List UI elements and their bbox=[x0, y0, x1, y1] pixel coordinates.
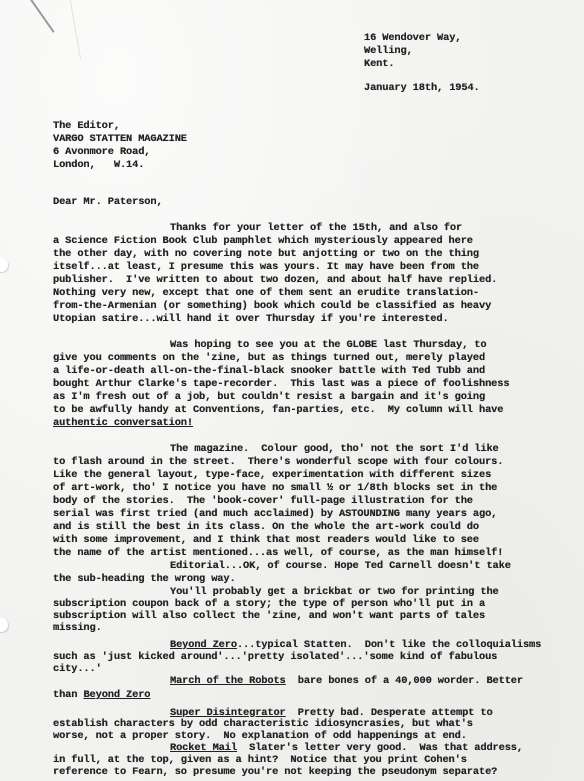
recipient-line: 6 Avonmore Road, bbox=[53, 146, 150, 159]
letter-date: January 18th, 1954. bbox=[364, 82, 480, 95]
recipient-line: The Editor, bbox=[53, 120, 120, 133]
sender-address-line: Kent. bbox=[364, 58, 394, 71]
story-review-line: March of the Robots bare bones of a 40,0… bbox=[170, 675, 523, 688]
review-text: ...typical Statten. Don't like the collo… bbox=[237, 639, 541, 651]
body-line: serial was first tried (and much acclaim… bbox=[53, 508, 497, 521]
review-text: Slater's letter very good. Was that addr… bbox=[237, 742, 523, 754]
punch-hole bbox=[0, 258, 8, 272]
body-line: authentic conversation! bbox=[53, 417, 193, 430]
body-line: bought Arthur Clarke's tape-recorder. Th… bbox=[53, 378, 509, 391]
body-line: with some improvement, and I think that … bbox=[53, 534, 479, 547]
body-line: the name of the artist mentioned...as we… bbox=[53, 547, 503, 560]
body-line: a Science Fiction Book Club pamphlet whi… bbox=[53, 235, 473, 248]
body-line: body of the stories. The 'book-cover' fu… bbox=[53, 495, 473, 508]
letter-page: 16 Wendover Way, Welling, Kent. January … bbox=[0, 0, 584, 781]
body-line: Thanks for your letter of the 15th, and … bbox=[170, 222, 462, 235]
body-line: Like the general layout, type-face, expe… bbox=[53, 469, 491, 482]
body-line: missing. bbox=[53, 622, 102, 635]
sender-address-line: Welling, bbox=[364, 45, 413, 58]
body-line: itself...at least, I presume this was yo… bbox=[53, 261, 479, 274]
body-line: city...' bbox=[53, 663, 102, 676]
salutation: Dear Mr. Paterson, bbox=[53, 196, 163, 209]
paper-fold-mark bbox=[30, 0, 55, 33]
body-line: the sub-heading the wrong way. bbox=[53, 573, 236, 586]
story-title: Beyond Zero bbox=[83, 689, 150, 701]
body-line: of art-work, tho' I notice you have no s… bbox=[53, 482, 497, 495]
sender-address-line: 16 Wendover Way, bbox=[364, 32, 461, 45]
review-text: Pretty bad. Desperate attempt to bbox=[286, 707, 493, 719]
story-title: Rocket Mail bbox=[170, 742, 237, 754]
paper-crease bbox=[70, 0, 81, 59]
body-line: the other day, with no covering note but… bbox=[53, 248, 479, 261]
review-text: than bbox=[53, 689, 83, 701]
body-line: The magazine. Colour good, tho' not the … bbox=[170, 443, 499, 456]
recipient-line: London, W.14. bbox=[53, 159, 144, 172]
body-line: subscription will also collect the 'zine… bbox=[53, 610, 485, 623]
story-title: Super Disintegrator bbox=[170, 707, 286, 719]
body-line: Editorial...OK, of course. Hope Ted Carn… bbox=[170, 560, 511, 573]
body-line: and is still the best in its class. On t… bbox=[53, 521, 479, 534]
body-line: to be awfully handy at Conventions, fan-… bbox=[53, 404, 503, 417]
body-line: Utopian satire...will hand it over Thurs… bbox=[53, 313, 449, 326]
body-line: give you comments on the 'zine, but as t… bbox=[53, 352, 485, 365]
story-title: March of the Robots bbox=[170, 675, 286, 687]
body-line: such as 'just kicked around'...'pretty i… bbox=[53, 651, 497, 664]
recipient-line: VARGO STATTEN MAGAZINE bbox=[53, 133, 187, 146]
body-line: Nothing very new, except that one of the… bbox=[53, 287, 479, 300]
body-line: from-the-Armenian (or something) book wh… bbox=[53, 300, 491, 313]
body-line: to flash around in the street. There's w… bbox=[53, 456, 503, 469]
punch-hole bbox=[0, 618, 8, 632]
review-text: bare bones of a 40,000 worder. Better bbox=[286, 675, 523, 687]
body-line: than Beyond Zero bbox=[53, 689, 150, 702]
body-line: a life-or-death all-on-the-final-black s… bbox=[53, 365, 485, 378]
body-line: publisher. I've written to about two doz… bbox=[53, 274, 497, 287]
body-line: Was hoping to see you at the GLOBE last … bbox=[170, 339, 486, 352]
story-title: Beyond Zero bbox=[170, 639, 237, 651]
body-line: as I'm fresh out of a job, but couldn't … bbox=[53, 391, 485, 404]
body-line: reference to Fearn, so presume you're no… bbox=[53, 766, 497, 779]
